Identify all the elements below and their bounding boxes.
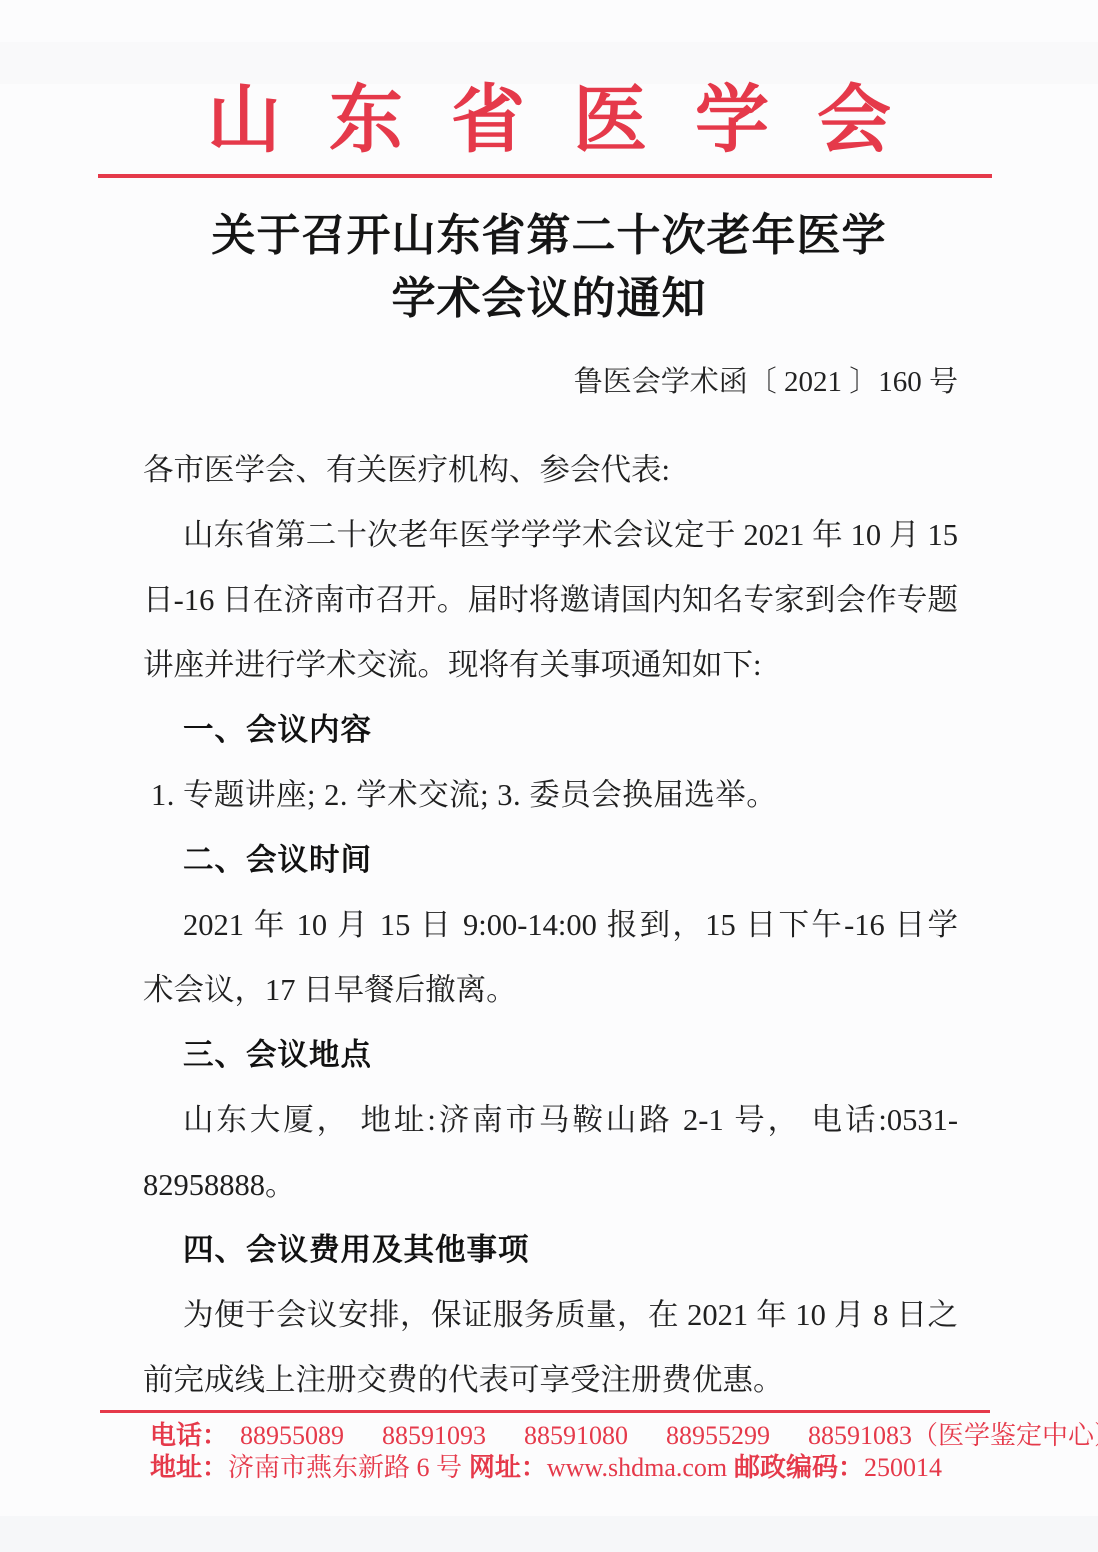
paragraph-line: 前完成线上注册交费的代表可享受注册费优惠。	[143, 1348, 958, 1413]
letterhead-org-name: 山东省医学会	[0, 84, 1098, 158]
section-heading: 三、会议地点	[143, 1023, 958, 1088]
document-title-line2: 学术会议的通知	[0, 267, 1098, 330]
paragraph-line: 山东省第二十次老年医学学学术会议定于 2021 年 10 月 15	[143, 503, 958, 568]
footer-info-value: 济南市燕东新路 6 号	[228, 1453, 462, 1482]
footer-phone-number: 88591093	[382, 1420, 486, 1451]
scan-artifact-band-bottom	[0, 1516, 1098, 1552]
footer-info-item: 网址：www.shdma.com	[469, 1452, 727, 1483]
footer-info-value: 250014	[864, 1453, 942, 1482]
paragraph-line: 讲座并进行学术交流。现将有关事项通知如下:	[143, 633, 958, 698]
document-body: 各市医学会、有关医疗机构、参会代表:山东省第二十次老年医学学学术会议定于 202…	[143, 438, 958, 1413]
section-heading: 四、会议费用及其他事项	[143, 1218, 958, 1283]
footer-info-item: 地址：济南市燕东新路 6 号	[150, 1452, 462, 1483]
paragraph-line: 山东大厦， 地址:济南市马鞍山路 2-1 号， 电话:0531-	[143, 1088, 958, 1153]
footer-info-value: www.shdma.com	[547, 1453, 727, 1482]
paragraph-line: 82958888。	[143, 1153, 958, 1218]
paragraph-line: 2021 年 10 月 15 日 9:00-14:00 报到，15 日下午-16…	[143, 893, 958, 958]
footer-info-label: 地址：	[150, 1453, 228, 1482]
document-title: 关于召开山东省第二十次老年医学 学术会议的通知	[0, 204, 1098, 330]
paragraph-line: 为便于会议安排，保证服务质量，在 2021 年 10 月 8 日之	[143, 1283, 958, 1348]
footer-phone-label: 电话：	[150, 1420, 228, 1451]
footer-info-label: 邮政编码：	[734, 1453, 864, 1482]
footer-phone-row: 电话： 889550898859109388591080889552998859…	[150, 1420, 942, 1451]
footer-info-item: 邮政编码：250014	[734, 1452, 942, 1483]
scanned-notice-page: 山东省医学会 关于召开山东省第二十次老年医学 学术会议的通知 鲁医会学术函〔 2…	[0, 0, 1098, 1552]
paragraph-line: 日-16 日在济南市召开。届时将邀请国内知名专家到会作专题	[143, 568, 958, 633]
list-line: 1. 专题讲座; 2. 学术交流; 3. 委员会换届选举。	[143, 763, 958, 828]
paragraph-line: 术会议，17 日早餐后撤离。	[143, 958, 958, 1023]
footer-phone-number: 88591083（医学鉴定中心）	[808, 1420, 1098, 1451]
section-heading: 二、会议时间	[143, 828, 958, 893]
section-heading: 一、会议内容	[143, 698, 958, 763]
footer-phone-number: 88955299	[666, 1420, 770, 1451]
salutation-line: 各市医学会、有关医疗机构、参会代表:	[143, 438, 958, 503]
reference-number: 鲁医会学术函〔 2021 〕160 号	[143, 362, 958, 402]
letterhead-rule	[98, 174, 992, 178]
footer-info-label: 网址：	[469, 1453, 547, 1482]
footer-phone-number: 88591080	[524, 1420, 628, 1451]
scan-artifact-band-top	[0, 42, 1098, 84]
footer-info-row: 地址：济南市燕东新路 6 号网址：www.shdma.com邮政编码：25001…	[150, 1452, 942, 1483]
footer-phone-number: 88955089	[240, 1420, 344, 1451]
document-title-line1: 关于召开山东省第二十次老年医学	[0, 204, 1098, 267]
footer-rule	[100, 1410, 990, 1413]
